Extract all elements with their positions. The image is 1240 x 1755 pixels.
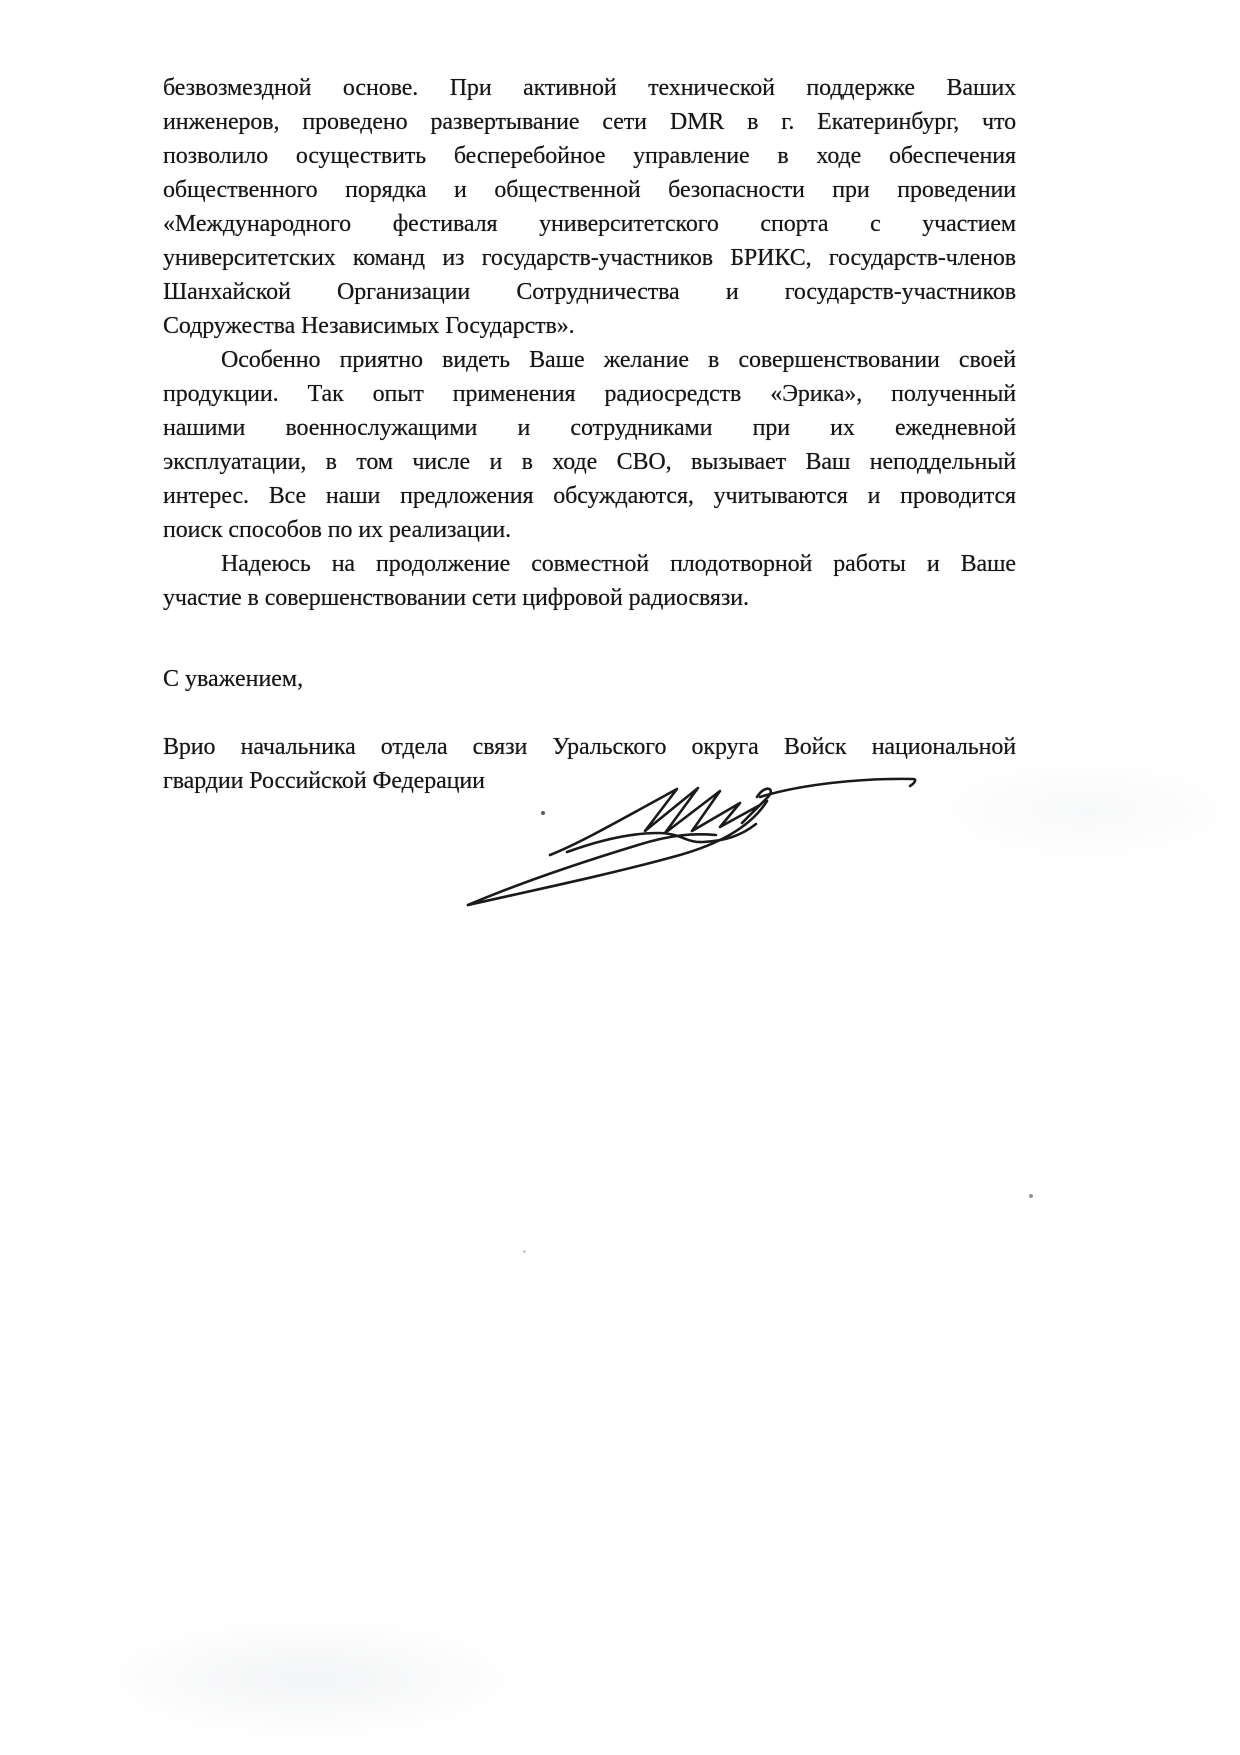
body-line: продукции. Так опыт применения радиосред… (163, 377, 1016, 411)
body-line: Надеюсь на продолжение совместной плодот… (163, 547, 1016, 581)
body-line: безвозмездной основе. При активной техни… (163, 71, 1016, 105)
body-line: нашими военнослужащими и сотрудниками пр… (163, 411, 1016, 445)
body-line: поиск способов по их реализации. (163, 513, 1016, 547)
scan-speck (523, 1250, 526, 1253)
body-line: Содружества Независимых Государств». (163, 309, 1016, 343)
letter-body: безвозмездной основе. При активной техни… (163, 71, 1016, 615)
scanned-letter-page: безвозмездной основе. При активной техни… (0, 0, 1240, 1755)
scan-speck (1029, 1194, 1033, 1198)
signature-scribble (430, 755, 920, 920)
body-line: «Международного фестиваля университетско… (163, 207, 1016, 241)
scan-smudge (90, 1616, 530, 1741)
body-line: общественного порядка и общественной без… (163, 173, 1016, 207)
body-line: университетских команд из государств-уча… (163, 241, 1016, 275)
scan-speck (541, 811, 545, 815)
body-line: участие в совершенствовании сети цифрово… (163, 581, 1016, 615)
body-line: интерес. Все наши предложения обсуждаютс… (163, 479, 1016, 513)
body-line: Особенно приятно видеть Ваше желание в с… (163, 343, 1016, 377)
body-line: позволило осуществить бесперебойное упра… (163, 139, 1016, 173)
body-line: Шанхайской Организации Сотрудничества и … (163, 275, 1016, 309)
closing-salutation: С уважением, (163, 662, 1016, 696)
body-line: эксплуатации, в том числе и в ходе СВО, … (163, 445, 1016, 479)
body-line: инженеров, проведено развертывание сети … (163, 105, 1016, 139)
